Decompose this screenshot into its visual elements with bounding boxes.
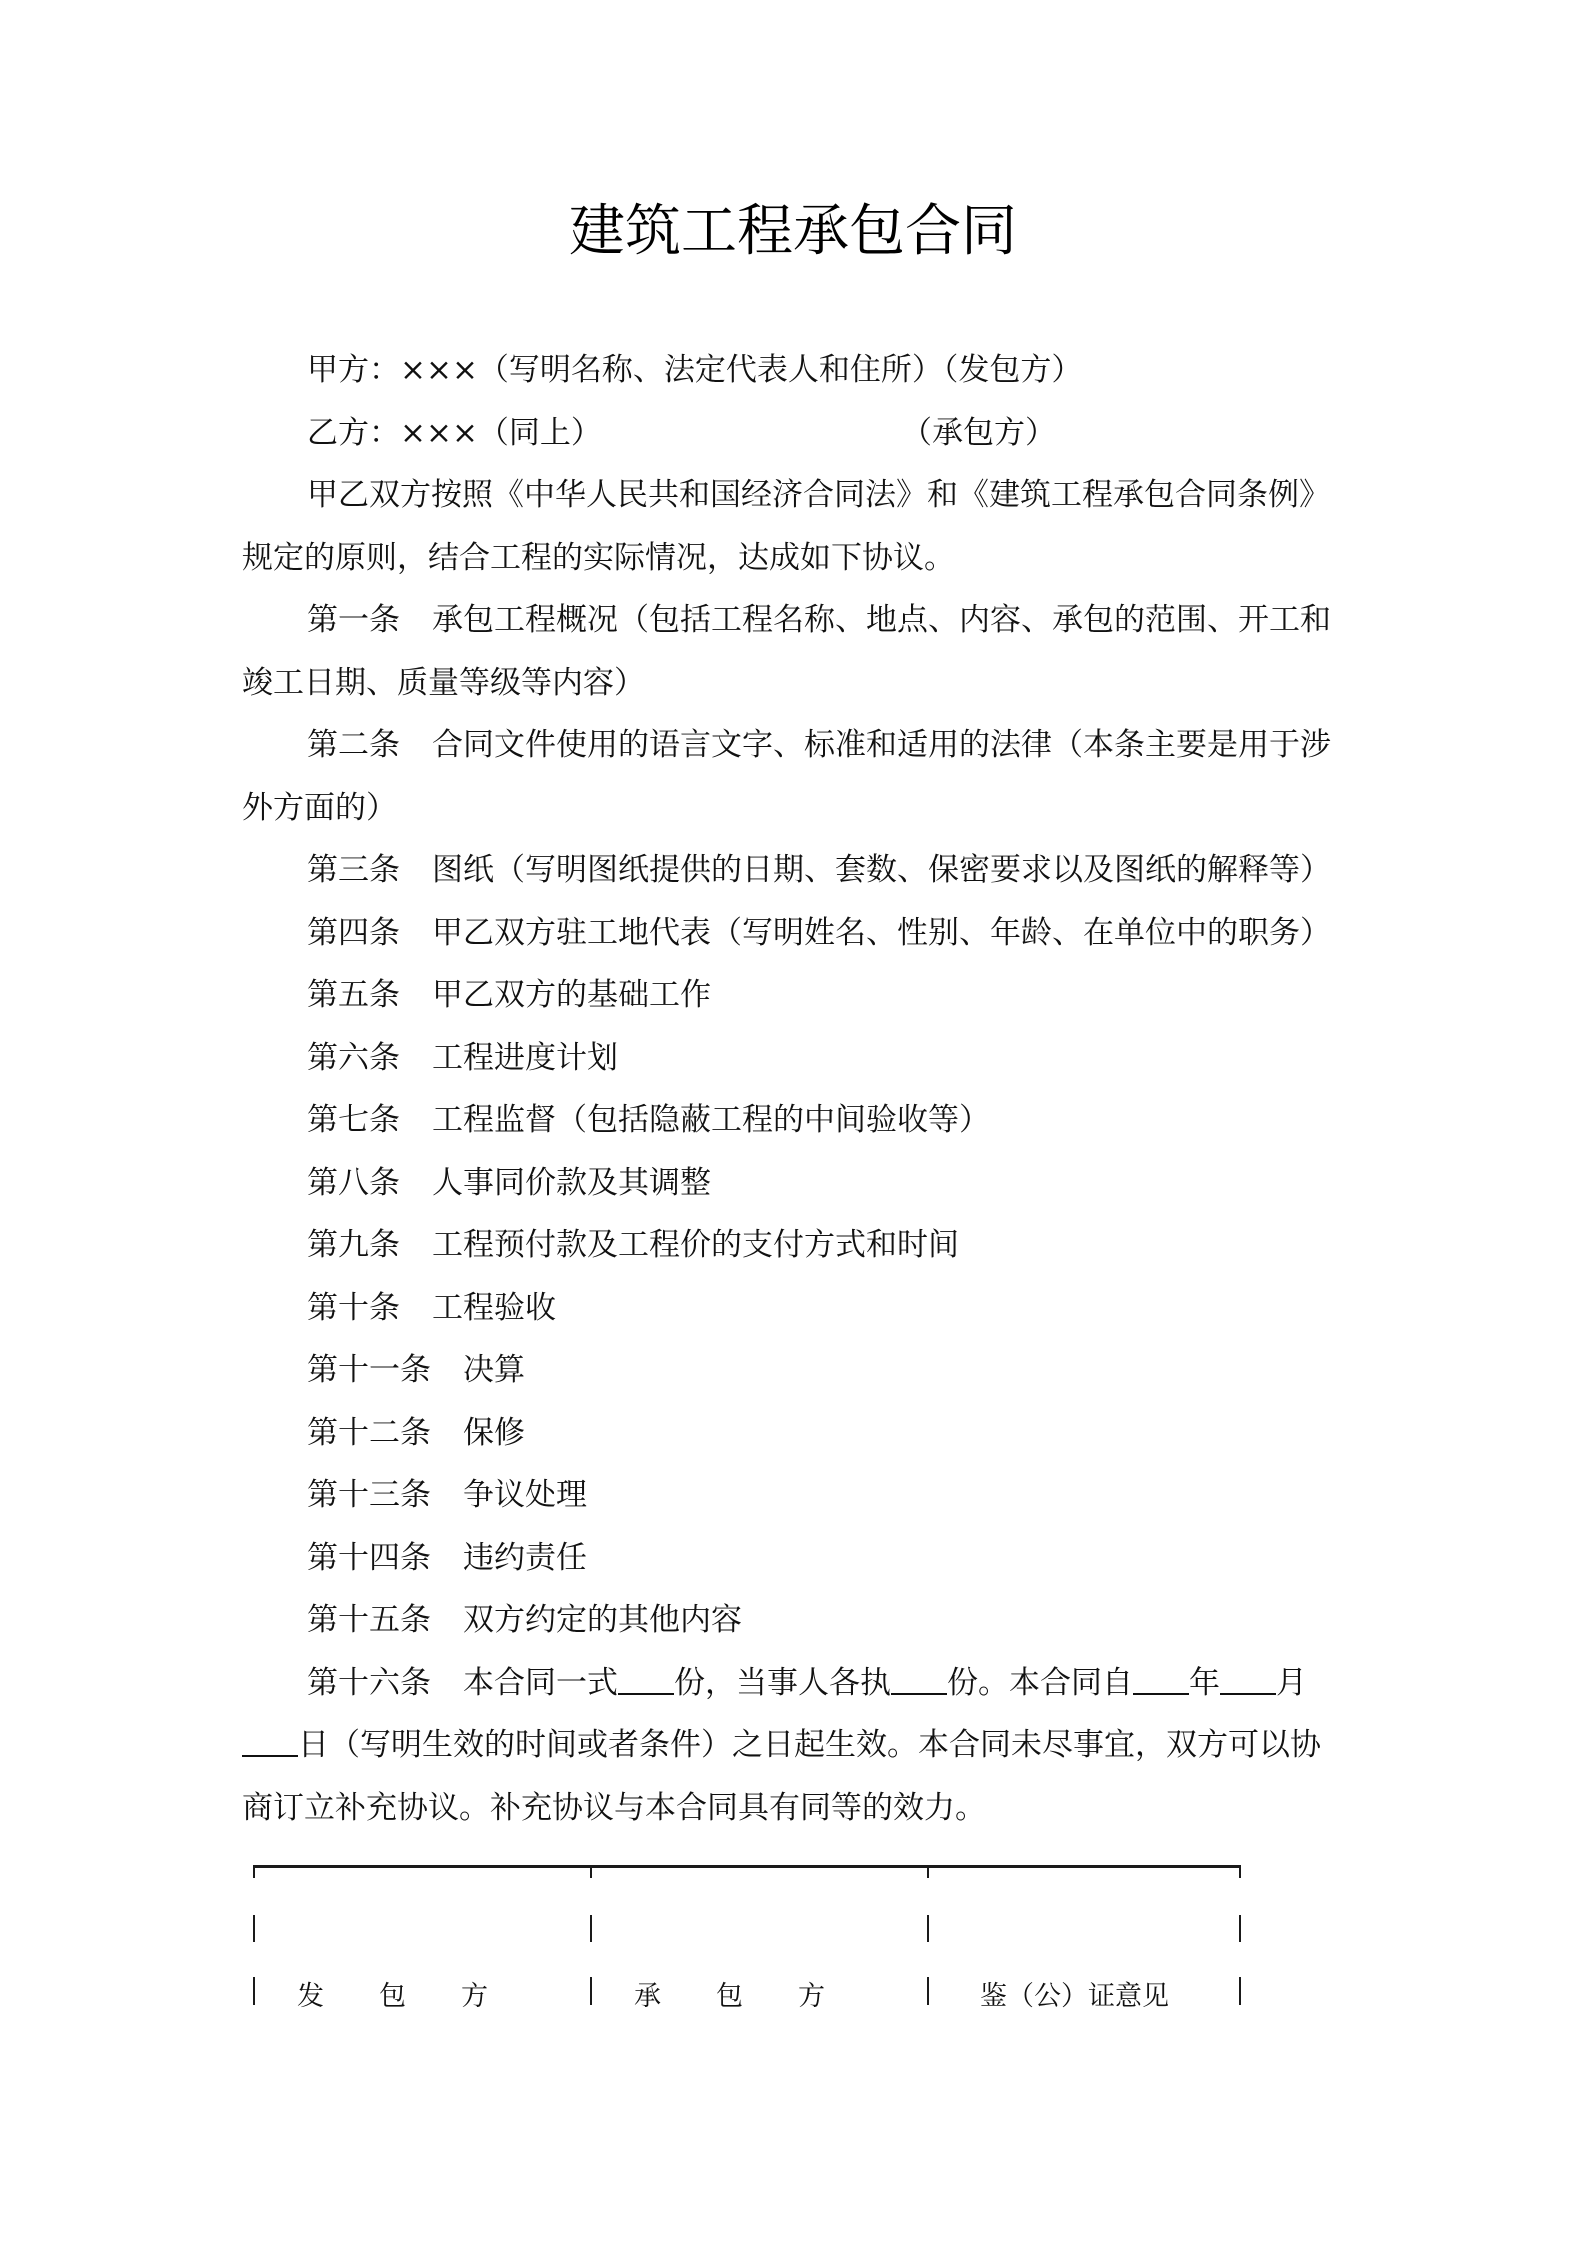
article-8: 第八条人事同价款及其调整 — [307, 1163, 1417, 1203]
article-number: 第十一条 — [307, 1350, 431, 1390]
table-divider — [927, 1977, 929, 2005]
article-text: 争议处理 — [463, 1477, 587, 1513]
article-number: 第五条 — [307, 975, 400, 1015]
document-title: 建筑工程承包合同 — [0, 196, 1586, 268]
article-text: 年 — [1189, 1665, 1220, 1701]
party-a-line: 甲方：×××（写明名称、法定代表人和住所）（发包方） — [307, 350, 1417, 390]
table-divider — [590, 1915, 592, 1942]
article-number: 第三条 — [307, 850, 400, 890]
article-text: 份，当事人各执 — [674, 1665, 891, 1701]
article-14: 第十四条违约责任 — [307, 1538, 1417, 1578]
article-text: 份。本合同自 — [947, 1665, 1133, 1701]
article-text: 双方约定的其他内容 — [463, 1602, 742, 1638]
article-text: 人事同价款及其调整 — [432, 1165, 711, 1201]
preamble-line-2: 规定的原则，结合工程的实际情况，达成如下协议。 — [242, 538, 1352, 578]
article-number: 第九条 — [307, 1225, 400, 1265]
party-b-role: （承包方） — [901, 413, 1056, 453]
article-5: 第五条甲乙双方的基础工作 — [307, 975, 1417, 1015]
article-text: 工程监督（包括隐蔽工程的中间验收等） — [432, 1102, 990, 1138]
article-12: 第十二条保修 — [307, 1413, 1417, 1453]
article-16: 第十六条本合同一式份，当事人各执份。本合同自年月 — [307, 1663, 1417, 1703]
article-6: 第六条工程进度计划 — [307, 1038, 1417, 1078]
table-divider — [590, 1977, 592, 2005]
table-divider — [253, 1977, 255, 2005]
copies-each-blank[interactable] — [891, 1663, 947, 1695]
article-text: 工程进度计划 — [432, 1040, 618, 1076]
article-number: 第八条 — [307, 1163, 400, 1203]
article-text: 甲乙双方驻工地代表（写明姓名、性别、年龄、在单位中的职务） — [432, 915, 1331, 951]
article-16-continued-2: 商订立补充协议。补充协议与本合同具有同等的效力。 — [242, 1788, 1352, 1828]
table-divider — [253, 1865, 255, 1878]
article-number: 第十三条 — [307, 1475, 431, 1515]
article-15: 第十五条双方约定的其他内容 — [307, 1600, 1417, 1640]
table-top-border — [253, 1865, 1241, 1868]
article-number: 第十二条 — [307, 1413, 431, 1453]
article-text: 决算 — [463, 1352, 525, 1388]
article-13: 第十三条争议处理 — [307, 1475, 1417, 1515]
table-divider — [253, 1915, 255, 1942]
article-text: 工程预付款及工程价的支付方式和时间 — [432, 1227, 959, 1263]
article-text: 合同文件使用的语言文字、标准和适用的法律（本条主要是用于涉 — [432, 727, 1331, 763]
article-text: 月 — [1276, 1665, 1307, 1701]
employer-signature-label: 发 包 方 — [297, 1977, 502, 2017]
article-number: 第一条 — [307, 600, 400, 640]
table-divider — [1239, 1865, 1241, 1878]
month-blank[interactable] — [1220, 1663, 1276, 1695]
table-divider — [1239, 1977, 1241, 2005]
table-divider — [927, 1915, 929, 1942]
article-text: 工程验收 — [432, 1290, 556, 1326]
party-b-line: 乙方：×××（同上） （承包方） — [307, 413, 1417, 453]
article-text: 本合同一式 — [463, 1665, 618, 1701]
table-divider — [590, 1865, 592, 1878]
article-text: 图纸（写明图纸提供的日期、套数、保密要求以及图纸的解释等） — [432, 852, 1331, 888]
article-text: 甲乙双方的基础工作 — [432, 977, 711, 1013]
article-text: 保修 — [463, 1415, 525, 1451]
article-2-continued: 外方面的） — [242, 788, 1352, 828]
article-number: 第四条 — [307, 913, 400, 953]
article-number: 第七条 — [307, 1100, 400, 1140]
article-2: 第二条合同文件使用的语言文字、标准和适用的法律（本条主要是用于涉 — [307, 725, 1417, 765]
article-11: 第十一条决算 — [307, 1350, 1417, 1390]
article-4: 第四条甲乙双方驻工地代表（写明姓名、性别、年龄、在单位中的职务） — [307, 913, 1417, 953]
party-b-label: 乙方：×××（同上） — [307, 415, 602, 451]
article-number: 第十五条 — [307, 1600, 431, 1640]
article-number: 第六条 — [307, 1038, 400, 1078]
preamble-line-1: 甲乙双方按照《中华人民共和国经济合同法》和《建筑工程承包合同条例》 — [307, 475, 1417, 515]
article-7: 第七条工程监督（包括隐蔽工程的中间验收等） — [307, 1100, 1417, 1140]
article-number: 第十四条 — [307, 1538, 431, 1578]
article-text: 日（写明生效的时间或者条件）之日起生效。本合同未尽事宜，双方可以协 — [298, 1727, 1321, 1763]
signature-table: 发 包 方 承 包 方 鉴（公）证意见 — [253, 1865, 1241, 2025]
copies-blank[interactable] — [618, 1663, 674, 1695]
article-number: 第十六条 — [307, 1663, 431, 1703]
article-1-continued: 竣工日期、质量等级等内容） — [242, 663, 1352, 703]
contractor-signature-label: 承 包 方 — [634, 1977, 839, 2017]
article-9: 第九条工程预付款及工程价的支付方式和时间 — [307, 1225, 1417, 1265]
table-divider — [927, 1865, 929, 1878]
article-10: 第十条工程验收 — [307, 1288, 1417, 1328]
article-number: 第十条 — [307, 1288, 400, 1328]
year-blank[interactable] — [1133, 1663, 1189, 1695]
table-divider — [1239, 1915, 1241, 1942]
article-number: 第二条 — [307, 725, 400, 765]
article-text: 违约责任 — [463, 1540, 587, 1576]
article-16-continued-1: 日（写明生效的时间或者条件）之日起生效。本合同未尽事宜，双方可以协 — [242, 1725, 1352, 1765]
article-1: 第一条承包工程概况（包括工程名称、地点、内容、承包的范围、开工和 — [307, 600, 1417, 640]
article-3: 第三条图纸（写明图纸提供的日期、套数、保密要求以及图纸的解释等） — [307, 850, 1417, 890]
notary-opinion-label: 鉴（公）证意见 — [980, 1977, 1169, 2017]
article-text: 承包工程概况（包括工程名称、地点、内容、承包的范围、开工和 — [432, 602, 1331, 638]
day-blank[interactable] — [242, 1725, 298, 1757]
